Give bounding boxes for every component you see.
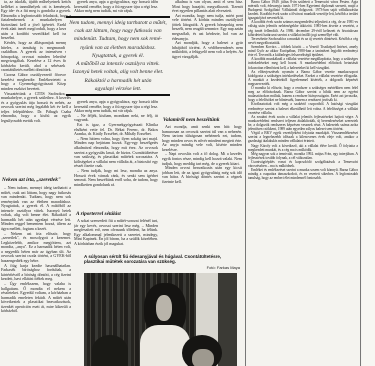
pull-quote-line: csak azt láttam, hogy nagy futkosás van: [66, 27, 170, 35]
paragraph: Szemben Kovács – többek között – a Vezet…: [248, 45, 358, 57]
paragraph: Nagy Károly volt a következő, aki a váll…: [248, 144, 358, 152]
paragraph: A fiúg karja kezdte használhatatlan. Far…: [1, 264, 71, 282]
left-column-top: ta, az iskolák, újabb műhelyeinek kettős…: [1, 0, 71, 173]
paragraph: – Napi orvoslás volt a fő dolog. Mi a ke…: [162, 152, 242, 166]
paragraph: alkalma is van olyan, amit el sem hisz. …: [172, 0, 243, 14]
pull-quote-line: Iszonyú hetek voltak, alig volt benne él…: [66, 68, 170, 76]
photo-woman-face: [156, 295, 172, 321]
paragraph: Ő mondta ki először, hogy a rendszer a s…: [248, 86, 358, 102]
paragraph: – Nekem azt írta először, hogy „szeretle…: [1, 232, 71, 264]
photo-child-face: [192, 349, 214, 366]
paragraph: Minden orvosi beavatkozás után egy kicsi…: [162, 166, 242, 184]
left-column-bottom: – Nem tudom, mennyi ideig tarthatott a m…: [1, 186, 71, 366]
subhead-middle: A riporterrel sétálást: [76, 211, 121, 217]
subhead-third: Valamiről nem beszéltünk: [163, 117, 220, 123]
paragraph: A korábbi munkáknál a vállalat vezetése …: [248, 57, 358, 69]
paragraph: Csorna Gábor osztályvezető főorvos a kez…: [1, 73, 71, 91]
pull-quote-line: nyünk van az életben maradáshoz.: [66, 44, 170, 52]
photo-caption: A súlyosan sérült fiú édesanyjával és hú…: [84, 254, 240, 264]
paragraph: Azt mondta, hogy nem tudja, miért pont v…: [172, 14, 243, 41]
paragraph: Azt mondja, amit senki sem hitt: hogy ha…: [162, 125, 242, 152]
pull-quote-line: A műtőből az intenzív osztályra vittek.: [66, 60, 170, 68]
paragraph: Kérdés, hogy az álláspontjuk mennyire hi…: [1, 41, 71, 73]
paragraph: Az előterjesztések nyomán a Barna Gábor …: [248, 70, 358, 86]
paragraph: – Nem tudom, mennyi ideig tarthatott a m…: [1, 186, 71, 231]
middle-column-top-strip: gyerek anya, apja a gyógyulásra, egy hos…: [74, 0, 158, 14]
pull-quote-line: Nyugtattak, a gyerek él.: [66, 52, 170, 60]
paragraph: Emlékei és emlékezései szerint a munka s…: [248, 168, 358, 180]
paragraph: Ezt is igaz, a Gyermekgyógyászati Klinik…: [74, 123, 158, 137]
third-column-top: alkalma is van olyan, amit el sem hisz. …: [172, 0, 243, 112]
pull-quote-line: Nem tudom, mennyi ideig tarthatott a műt…: [66, 19, 170, 27]
paragraph: Kiválasztottak volt még a szakértő csopo…: [248, 102, 358, 114]
paragraph: Azt mondják, hogy a baleset a gyár hibáj…: [172, 41, 243, 59]
column-rule: [245, 0, 246, 366]
paragraph: Visszatértünk a CITIS Szolnokra, a munka…: [1, 92, 71, 124]
paragraph: – Nem tudják, hogy mi lesz, mondta az an…: [74, 169, 158, 187]
photo-mother-and-son: [84, 273, 237, 366]
page-margin: [362, 0, 375, 366]
middle-column: gyerek anya, apja a gyógyulásra, egy hos…: [74, 100, 158, 208]
paragraph: A korábbi évek során számos megrendelést…: [248, 20, 358, 36]
paragraph: A sokat szenvedett fiú a műtét-sorozat f…: [74, 219, 158, 246]
middle-column-after-subhead: A sokat szenvedett fiú a műtét-sorozat f…: [74, 219, 158, 251]
photo-plant: [92, 335, 128, 366]
subhead-left: Nekem azt írta, „szeretlek": [2, 177, 61, 183]
paragraph: Csontvágóépítés vonat és kapcsolódó szol…: [248, 160, 358, 168]
paragraph: – Úgy emlékszem, hogy valaha is hallgatt…: [1, 282, 71, 314]
photo-credit: Fotó: Farkas Maya: [84, 265, 240, 270]
pull-quote-line: agyalapi vérzése lett.: [66, 85, 170, 93]
paragraph: Barna Gábor 1949. július 8-án született …: [248, 0, 358, 20]
paragraph: ta, az iskolák, újabb műhelyeinek kettős…: [1, 0, 71, 41]
third-column-bottom: Azt mondja, amit senki sem hitt: hogy ha…: [162, 125, 242, 251]
pull-quote-line: Rákaiktól a harmadik hét után: [66, 77, 170, 85]
paragraph: gyerek anya, apja a gyógyulásra, egy hos…: [74, 0, 158, 14]
right-article: Barna Gábor 1949. július 8-án született …: [248, 0, 358, 366]
pull-quote: Nem tudom, mennyi ideig tarthatott a műt…: [66, 16, 170, 96]
paragraph: gyerek anya, apja a gyógyulásra, egy hos…: [74, 100, 158, 114]
paragraph: Tervezhette Szoboszlóra a munkát és az ú…: [248, 37, 358, 45]
paragraph: Még nagyon sok a tennivaló, mondta 1992.…: [248, 152, 358, 160]
column-rule: [360, 0, 361, 366]
paragraph: Végül a BKV egyik vezetőjeként folytatta…: [248, 131, 358, 143]
paragraph: – Nem hittem volna, hogy ilyen sokáig ta…: [74, 137, 158, 169]
pull-quote-line: mindenütt. Tudtam, hogy nem sok remé-: [66, 35, 170, 43]
paragraph: Az ezutáni évek során a vállalat jelentő…: [248, 115, 358, 131]
